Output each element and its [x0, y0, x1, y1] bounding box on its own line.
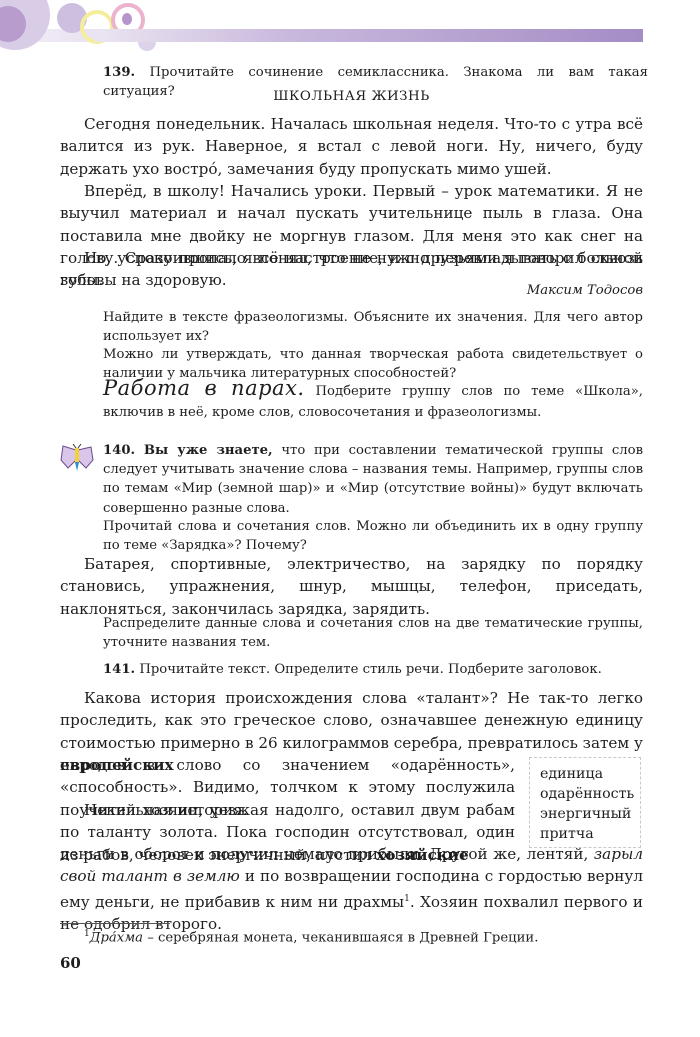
question-1: Найдите в тексте фразеологизмы. Объяснит…	[103, 308, 643, 346]
decor-circle-dot	[122, 13, 132, 25]
vocab-word: одарённость	[540, 784, 640, 804]
instruction-text: Прочитайте текст. Определите стиль речи.…	[139, 662, 601, 677]
vocabulary-box: единица одарённость энергичный притча	[529, 757, 641, 848]
exercise-140-task: Распределите данные слова и сочетания сл…	[103, 614, 643, 652]
pair-work-label: Работа в парах.	[103, 376, 305, 400]
text-paragraph-2b: деньги в оборот и получил немало прибыли…	[60, 843, 643, 935]
footnote-divider	[60, 923, 170, 924]
header-bar	[95, 29, 643, 42]
essay-author: Максим Тодосов	[527, 283, 643, 298]
exercise-number: 140.	[103, 443, 135, 458]
exercise-number: 139.	[103, 65, 135, 80]
text-span: Какова история происхождения слова «тала…	[60, 689, 643, 752]
exercise-140-question: Прочитай слова и сочетания слов. Можно л…	[103, 517, 643, 555]
text-span: деньги в оборот и получил немало прибыли…	[60, 845, 588, 863]
vocab-word: энергичный	[540, 804, 640, 824]
exercise-140-intro: 140. Вы уже знаете, что при составлении …	[103, 441, 643, 518]
exercise-number: 141.	[103, 662, 135, 677]
footnote-text: – серебряная монета, чеканившаяся в Древ…	[143, 930, 538, 945]
lead-bold: Вы уже знаете,	[144, 443, 273, 458]
footnote-term: Дра́хма	[90, 930, 143, 945]
word-list: Батарея, спортивные, электричество, на з…	[60, 553, 643, 620]
vocab-word: притча	[540, 824, 640, 844]
pair-work: Работа в парах. Подберите группу слов по…	[103, 378, 643, 423]
essay-paragraph-1: Сегодня понедельник. Началась школьная н…	[60, 113, 643, 180]
page-number: 60	[60, 954, 81, 972]
page-header-decoration	[0, 0, 700, 60]
butterfly-icon	[60, 444, 94, 472]
essay-title: ШКОЛЬНАЯ ЖИЗНЬ	[60, 89, 643, 104]
footnote: 1Дра́хма – серебряная монета, чеканившая…	[84, 929, 538, 945]
exercise-141-instruction: 141. Прочитайте текст. Определите стиль …	[103, 660, 643, 679]
vocab-word: единица	[540, 764, 640, 784]
